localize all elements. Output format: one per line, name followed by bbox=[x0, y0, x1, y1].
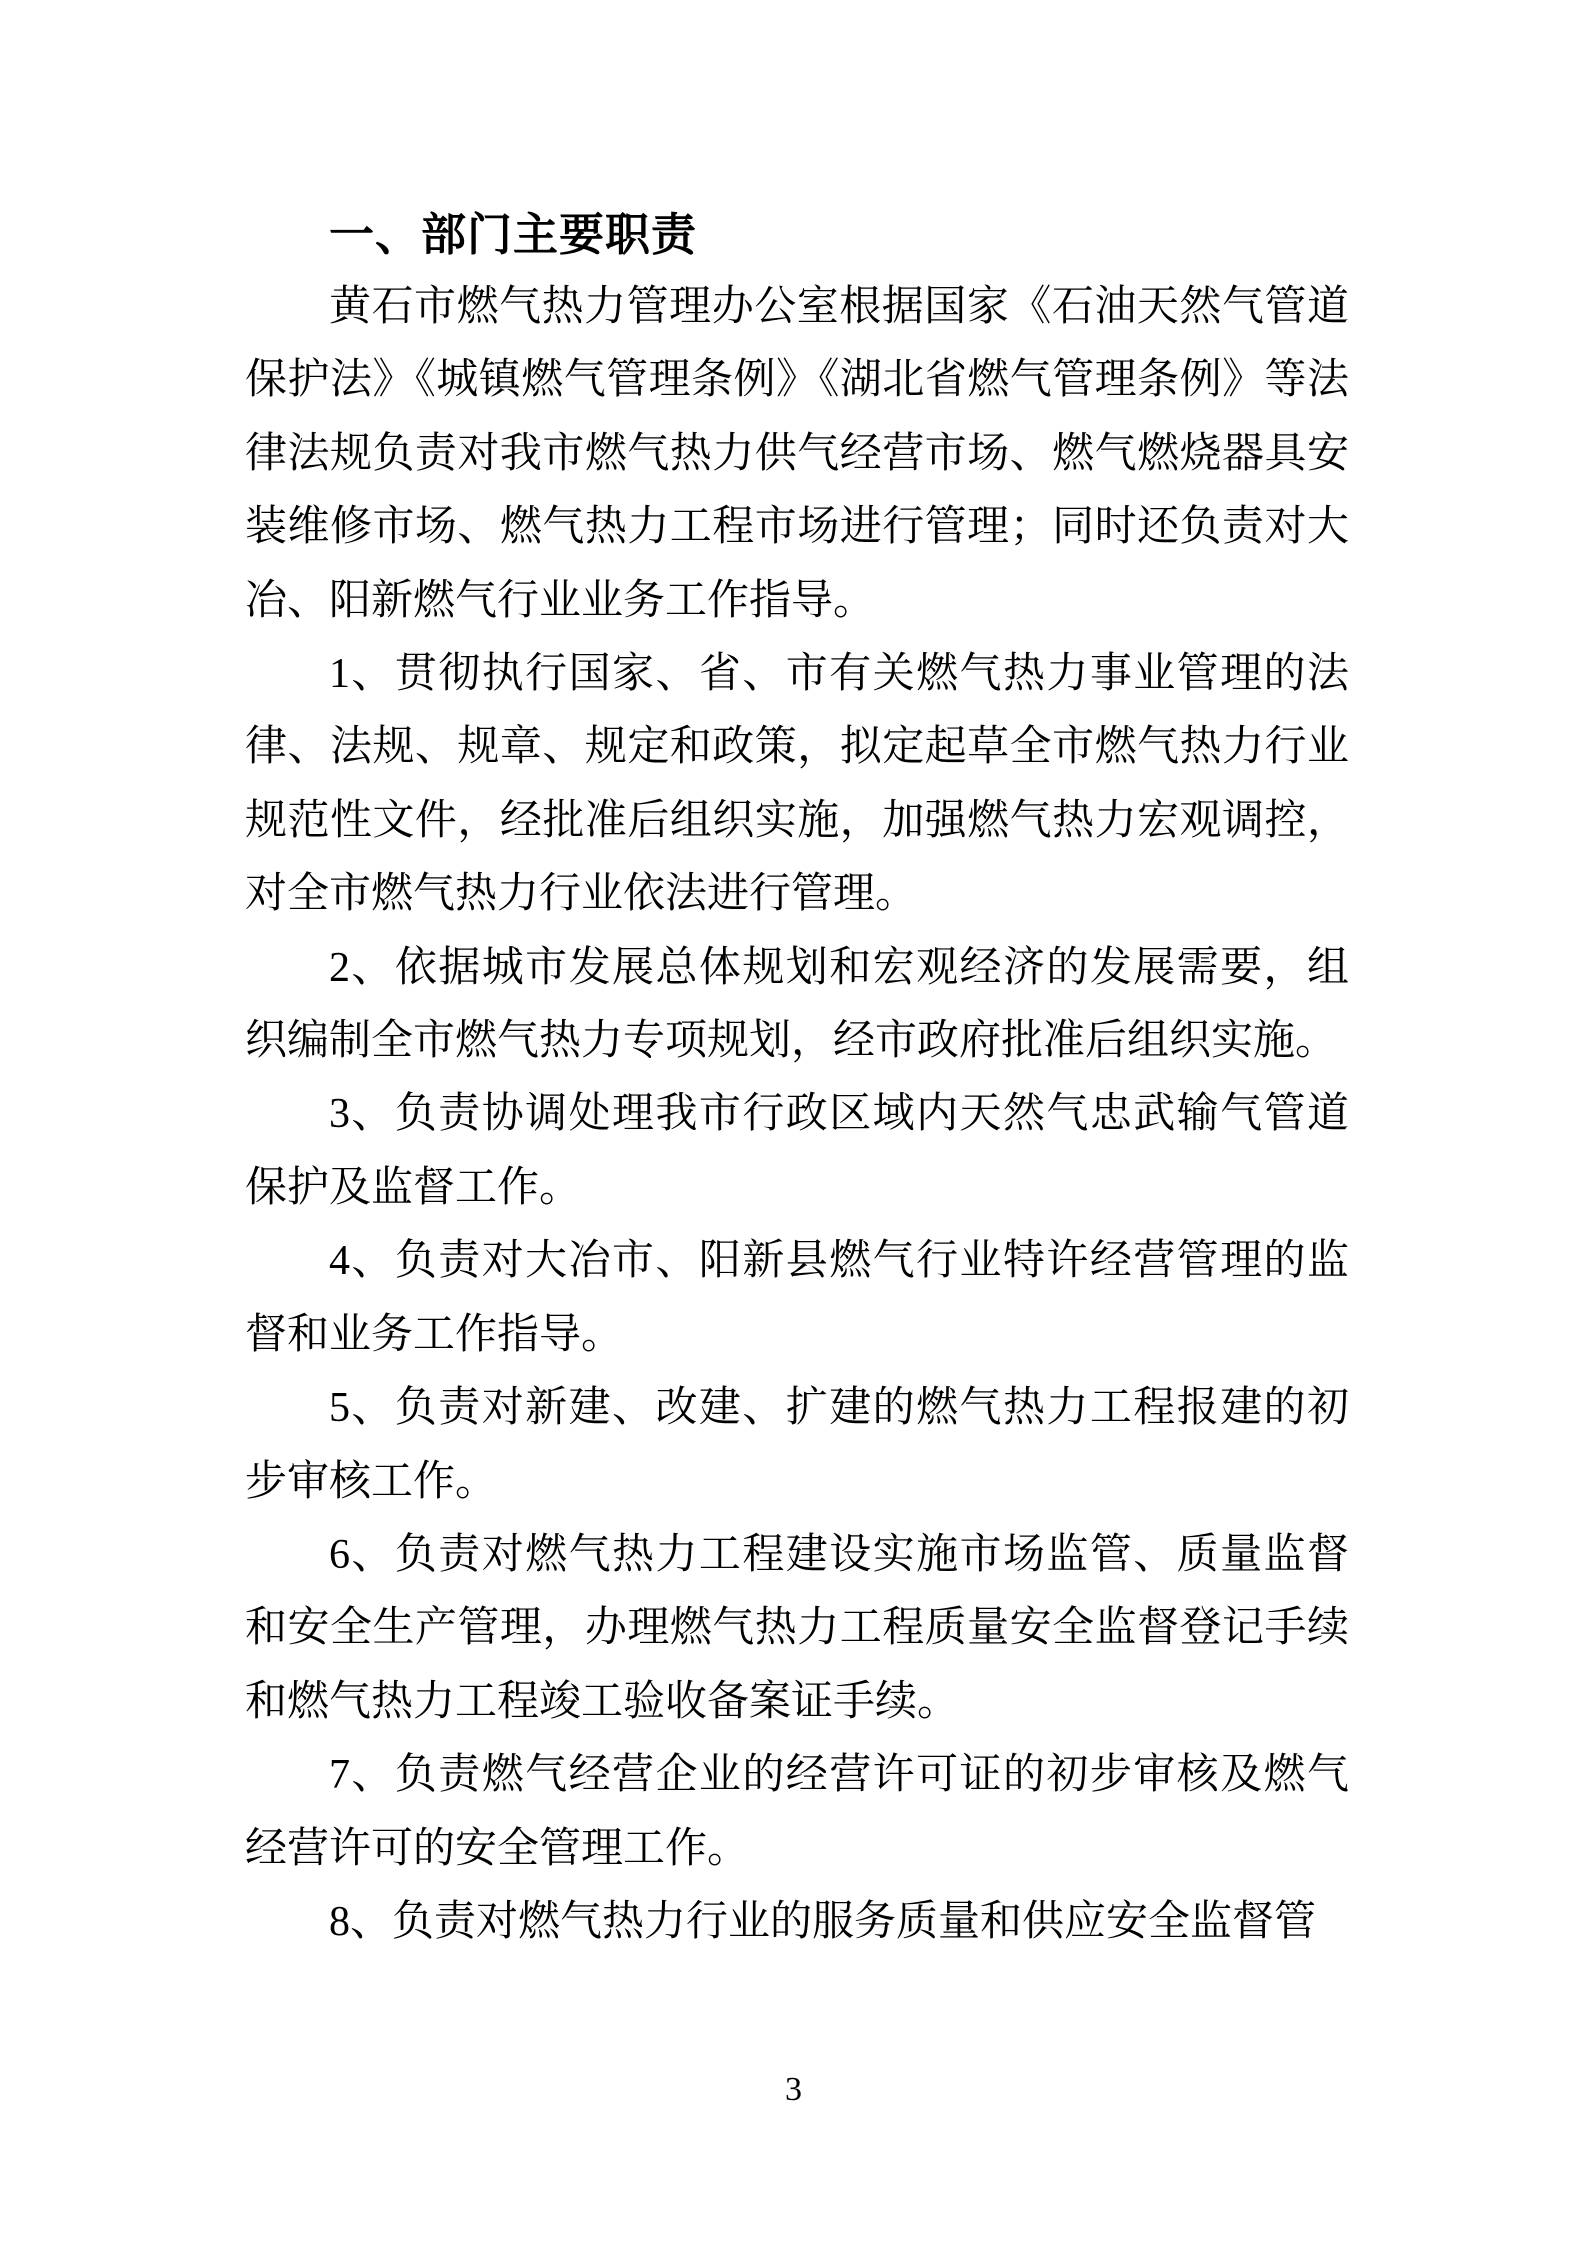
document-body: 一、部门主要职责 黄石市燃气热力管理办公室根据国家《石油天然气管道保护法》《城镇… bbox=[245, 198, 1349, 1959]
page-number: 3 bbox=[0, 2070, 1587, 2110]
duty-item-6: 6、负责对燃气热力工程建设实施市场监管、质量监督和安全生产管理，办理燃气热力工程… bbox=[245, 1519, 1349, 1739]
duty-item-3: 3、负责协调处理我市行政区域内天然气忠武输气管道保护及监督工作。 bbox=[245, 1078, 1349, 1225]
duty-item-1: 1、贯彻执行国家、省、市有关燃气热力事业管理的法律、法规、规章、规定和政策，拟定… bbox=[245, 638, 1349, 932]
intro-paragraph: 黄石市燃气热力管理办公室根据国家《石油天然气管道保护法》《城镇燃气管理条例》《湖… bbox=[245, 271, 1349, 638]
duty-item-2: 2、依据城市发展总体规划和宏观经济的发展需要，组织编制全市燃气热力专项规划，经市… bbox=[245, 932, 1349, 1079]
duty-item-4: 4、负责对大冶市、阳新县燃气行业特许经营管理的监督和业务工作指导。 bbox=[245, 1225, 1349, 1372]
document-page: 一、部门主要职责 黄石市燃气热力管理办公室根据国家《石油天然气管道保护法》《城镇… bbox=[0, 0, 1587, 2245]
duty-item-7: 7、负责燃气经营企业的经营许可证的初步审核及燃气经营许可的安全管理工作。 bbox=[245, 1739, 1349, 1886]
duty-item-5: 5、负责对新建、改建、扩建的燃气热力工程报建的初步审核工作。 bbox=[245, 1372, 1349, 1519]
duty-item-8: 8、负责对燃气热力行业的服务质量和供应安全监督管 bbox=[245, 1886, 1349, 1959]
section-heading: 一、部门主要职责 bbox=[245, 198, 1349, 271]
